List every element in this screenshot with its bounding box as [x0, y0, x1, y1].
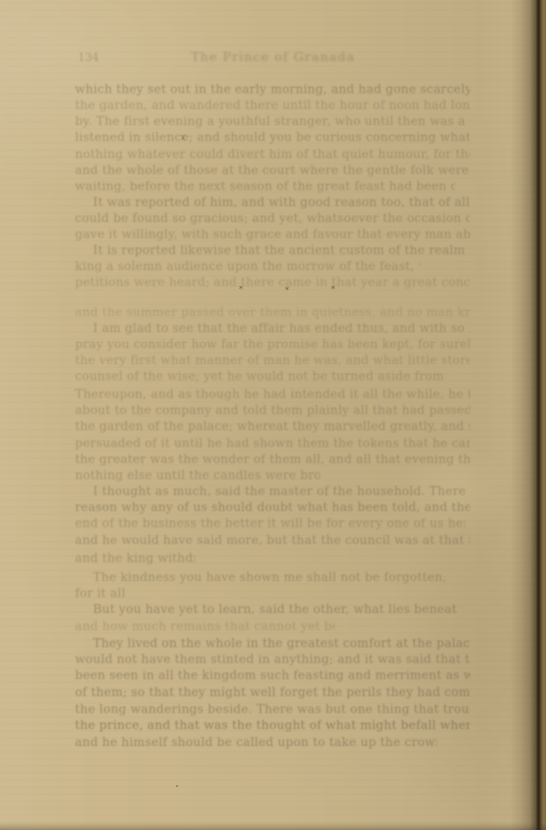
text-line: The kindness you have shown me shall not…	[93, 571, 445, 584]
text-line: They lived on the whole in the greatest …	[93, 637, 470, 650]
text-line: persuaded of it until he had shown them …	[75, 437, 470, 450]
page-bottom-shadow	[0, 822, 546, 830]
text-line: could be found so gracious; and yet, wha…	[75, 212, 470, 225]
text-line: the prince, and that was the thought of …	[75, 719, 470, 732]
text-line: would not have them stinted in anything;…	[75, 653, 470, 666]
text-line: But you have yet to learn, said the othe…	[93, 603, 457, 616]
text-line: and he would have said more, but that th…	[75, 534, 470, 547]
text-line: waiting, before the next season of the g…	[75, 180, 455, 193]
text-line: and how much remains that cannot yet be …	[75, 620, 335, 633]
text-line: the greater was the wonder of them all, …	[75, 453, 470, 466]
text-line: for it all	[75, 587, 135, 600]
text-line: counsel of the wise; yet he would not be…	[75, 370, 443, 383]
text-line: listened in silence; and should you be c…	[75, 131, 470, 144]
text-line: I am glad to see that the affair has end…	[93, 322, 470, 335]
text-line: nothing whatever could divert him of tha…	[75, 148, 470, 161]
asterisk-mark: *	[285, 287, 289, 295]
text-line: gave it willingly, with such grace and f…	[75, 228, 470, 241]
text-line: and the whole of those at the court wher…	[75, 164, 470, 177]
text-line: and the summer passed over them in quiet…	[75, 306, 470, 319]
text-line: the very first what manner of man he was…	[75, 354, 470, 367]
text-line: and the king withdrew	[75, 552, 195, 565]
asterisk-mark: *	[331, 286, 335, 294]
text-line: It was reported of him, and with good re…	[93, 196, 470, 209]
book-page: 134 The Prince of Granada which they set…	[0, 0, 546, 830]
text-line: the garden, and wandered there until the…	[75, 99, 470, 112]
text-line: of them; so that they might well forget …	[75, 686, 470, 699]
ink-speck: •	[175, 783, 179, 791]
text-line: about to the company and told them plain…	[75, 404, 470, 417]
text-line: reason why any of us should doubt what h…	[75, 501, 470, 514]
text-line: and he himself should be called upon to …	[75, 736, 437, 749]
text-line: end of the business the better it will b…	[75, 517, 465, 530]
text-line: been seen in all the kingdom such feasti…	[75, 669, 470, 682]
text-line: by. The first evening a youthful strange…	[75, 115, 470, 128]
text-block: which they set out in the early morning,…	[0, 0, 546, 830]
text-line: pray you consider how far the promise ha…	[75, 338, 470, 351]
text-line: It is reported likewise that the ancient…	[93, 244, 470, 257]
text-line: king a solemn audience upon the morrow o…	[75, 260, 420, 273]
text-line: nothing else until the candles were brou…	[75, 469, 320, 482]
page-edge-shadow	[510, 0, 546, 830]
text-line: petitions were heard; and there came in …	[75, 276, 470, 289]
ink-speck: x	[181, 134, 186, 142]
text-line: I thought as much, said the master of th…	[93, 485, 470, 498]
asterisk-mark: *	[239, 286, 243, 294]
text-line: the garden of the palace; whereat they m…	[75, 420, 470, 433]
text-line: which they set out in the early morning,…	[75, 83, 470, 96]
text-line: Thereupon, and as though he had intended…	[75, 388, 470, 401]
text-line: the long wanderings beside. There was bu…	[75, 703, 470, 716]
